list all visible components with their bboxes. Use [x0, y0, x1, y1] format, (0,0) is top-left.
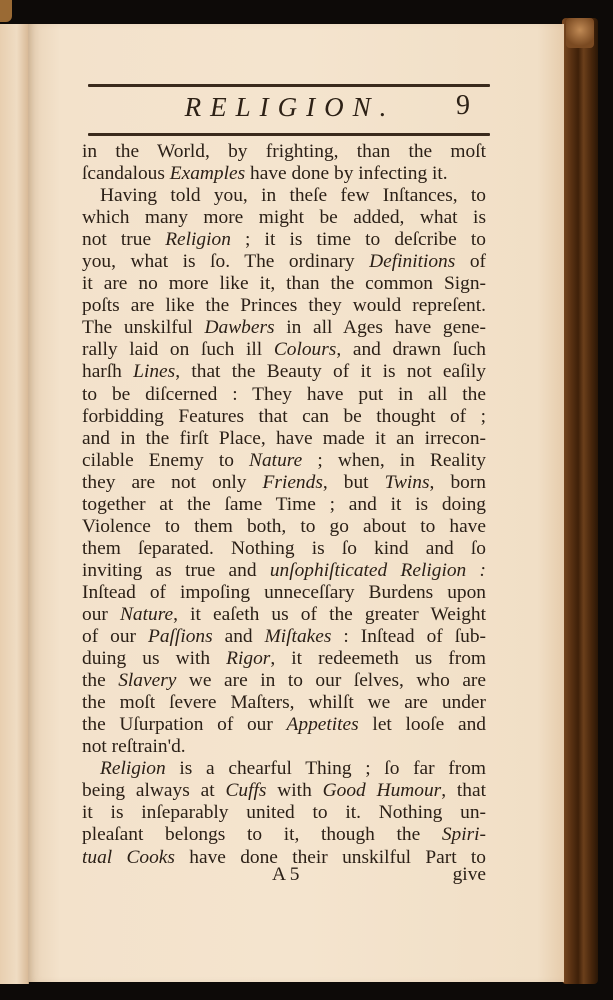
text-run: , that the Beauty of it is not eaſily	[175, 361, 486, 382]
text-line: it is inſeparably united to it. Nothing …	[82, 802, 486, 824]
text-line: Violence to them both, to go about to ha…	[82, 516, 486, 538]
italic-phrase: Religion	[100, 758, 166, 779]
text-line: in the World, by frighting, than the moſ…	[82, 141, 486, 163]
text-line: them ſeparated. Nothing is ſo kind and ſ…	[82, 538, 486, 560]
text-line: not true Religion ; it is time to deſcri…	[82, 229, 486, 251]
text-run: the	[82, 670, 118, 691]
text-run: , and drawn ſuch	[336, 339, 486, 360]
text-run: ; when, in Reality	[302, 450, 486, 471]
text-run: of	[455, 251, 486, 272]
text-line: to be diſcerned : They have put in all t…	[82, 384, 486, 406]
italic-phrase: Nature	[120, 604, 173, 625]
page-number: 9	[456, 90, 470, 122]
text-line: inviting as true and unſophiſticated Rel…	[82, 560, 486, 582]
text-run: ; it is time to deſcribe to	[231, 229, 486, 250]
text-run: inviting as true and	[82, 560, 270, 581]
text-run: them ſeparated. Nothing is ſo kind and ſ…	[82, 538, 486, 559]
text-line: you, what is ſo. The ordinary Definition…	[82, 251, 486, 273]
text-run: of our	[82, 626, 148, 647]
signature-mark: A 5	[272, 864, 299, 886]
text-line: harſh Lines, that the Beauty of it is no…	[82, 361, 486, 383]
text-line: not reſtrain'd.	[82, 736, 486, 758]
text-run: in the World, by frighting, than the moſ…	[82, 141, 486, 162]
text-run: to be diſcerned : They have put in all t…	[82, 384, 486, 405]
text-run: poſts are like the Princes they would re…	[82, 295, 486, 316]
book-binding	[562, 18, 598, 984]
text-run: the Uſurpation of our	[82, 714, 287, 735]
italic-phrase: Twins	[385, 472, 430, 493]
text-line: the moſt ſevere Maſters, whilſt we are u…	[82, 692, 486, 714]
text-run: we are in to our ſelves, who are	[176, 670, 486, 691]
binding-corner	[0, 0, 12, 22]
italic-phrase: Nature	[249, 450, 302, 471]
text-line: rally laid on ſuch ill Colours, and draw…	[82, 339, 486, 361]
text-run: and	[213, 626, 265, 647]
text-run: pleaſant belongs to it, though the	[82, 824, 442, 845]
text-run: cilable Enemy to	[82, 450, 249, 471]
text-line: and in the firſt Place, have made it an …	[82, 428, 486, 450]
text-line: our Nature, it eaſeth us of the greater …	[82, 604, 486, 626]
text-run: our	[82, 604, 120, 625]
italic-phrase: Rigor	[226, 648, 270, 669]
text-line: poſts are like the Princes they would re…	[82, 295, 486, 317]
text-run: rally laid on ſuch ill	[82, 339, 274, 360]
italic-phrase: Appetites	[287, 714, 359, 735]
italic-phrase: Religion	[165, 229, 231, 250]
text-run: it is inſeparably united to it. Nothing …	[82, 802, 486, 823]
italic-phrase: Good Humour	[323, 780, 442, 801]
text-run: being always at	[82, 780, 225, 801]
italic-phrase: unſophiſticated Religion :	[270, 560, 486, 581]
text-run: the moſt ſevere Maſters, whilſt we are u…	[82, 692, 486, 713]
text-line: being always at Cuffs with Good Humour, …	[82, 780, 486, 802]
text-line: The unskilful Dawbers in all Ages have g…	[82, 317, 486, 339]
page-footer: A 5 give	[82, 864, 486, 888]
text-run: Violence to them both, to go about to ha…	[82, 516, 486, 537]
italic-phrase: Spiri-	[442, 824, 486, 845]
header-rule-bottom	[88, 133, 490, 136]
text-line: together at the ſame Time ; and it is do…	[82, 494, 486, 516]
running-head: RELIGION.	[160, 92, 420, 123]
text-run: you, what is ſo. The ordinary	[82, 251, 369, 272]
header-rule-top	[88, 84, 490, 87]
text-line: the Uſurpation of our Appetites let looſ…	[82, 714, 486, 736]
text-run: is a chearful Thing ; ſo far from	[166, 758, 486, 779]
text-run: they are not only	[82, 472, 263, 493]
text-run: let looſe and	[359, 714, 486, 735]
italic-phrase: Colours	[274, 339, 337, 360]
text-line: ſcandalous Examples have done by infecti…	[82, 163, 486, 185]
catchword: give	[453, 864, 486, 886]
text-run: Having told you, in theſe few Inſtances,…	[100, 185, 486, 206]
text-run: forbidding Features that can be thought …	[82, 406, 486, 427]
text-run: : Inſtead of ſub-	[331, 626, 486, 647]
text-line: cilable Enemy to Nature ; when, in Reali…	[82, 450, 486, 472]
italic-phrase: Definitions	[369, 251, 455, 272]
text-run: , it eaſeth us of the greater Weight	[173, 604, 486, 625]
text-line: Inſtead of impoſing unneceſſary Burdens …	[82, 582, 486, 604]
binding-headcap	[566, 18, 594, 48]
italic-phrase: Lines	[133, 361, 175, 382]
body-text: in the World, by frighting, than the moſ…	[82, 141, 486, 869]
text-run: , it redeemeth us from	[270, 648, 486, 669]
left-page-edge	[0, 24, 29, 984]
text-line: of our Paſſions and Miſtakes : Inſtead o…	[82, 626, 486, 648]
text-line: Religion is a chearful Thing ; ſo far fr…	[82, 758, 486, 780]
text-line: pleaſant belongs to it, though the Spiri…	[82, 824, 486, 846]
text-run: ſcandalous	[82, 163, 170, 184]
text-run: in all Ages have gene-	[275, 317, 486, 338]
italic-phrase: Friends	[263, 472, 323, 493]
italic-phrase: Examples	[170, 163, 245, 184]
text-run: harſh	[82, 361, 133, 382]
text-run: it are no more like it, than the common …	[82, 273, 486, 294]
text-run: have done by infecting it.	[245, 163, 447, 184]
text-line: duing us with Rigor, it redeemeth us fro…	[82, 648, 486, 670]
text-run: , that	[441, 780, 486, 801]
text-run: , but	[323, 472, 385, 493]
text-run: , born	[430, 472, 486, 493]
text-run: The unskilful	[82, 317, 205, 338]
text-line: the Slavery we are in to our ſelves, who…	[82, 670, 486, 692]
text-run: together at the ſame Time ; and it is do…	[82, 494, 486, 515]
text-run: not reſtrain'd.	[82, 736, 186, 757]
text-run: Inſtead of impoſing unneceſſary Burdens …	[82, 582, 486, 603]
text-line: which many more might be added, what is	[82, 207, 486, 229]
italic-phrase: Dawbers	[205, 317, 275, 338]
text-run: with	[266, 780, 322, 801]
text-line: forbidding Features that can be thought …	[82, 406, 486, 428]
italic-phrase: Slavery	[118, 670, 176, 691]
text-run: duing us with	[82, 648, 226, 669]
text-run: and in the firſt Place, have made it an …	[82, 428, 486, 449]
text-run: which many more might be added, what is	[82, 207, 486, 228]
text-line: they are not only Friends, but Twins, bo…	[82, 472, 486, 494]
text-line: Having told you, in theſe few Inſtances,…	[82, 185, 486, 207]
italic-phrase: Miſtakes	[265, 626, 332, 647]
text-line: it are no more like it, than the common …	[82, 273, 486, 295]
text-run: not true	[82, 229, 165, 250]
italic-phrase: Paſſions	[148, 626, 213, 647]
italic-phrase: Cuffs	[225, 780, 266, 801]
